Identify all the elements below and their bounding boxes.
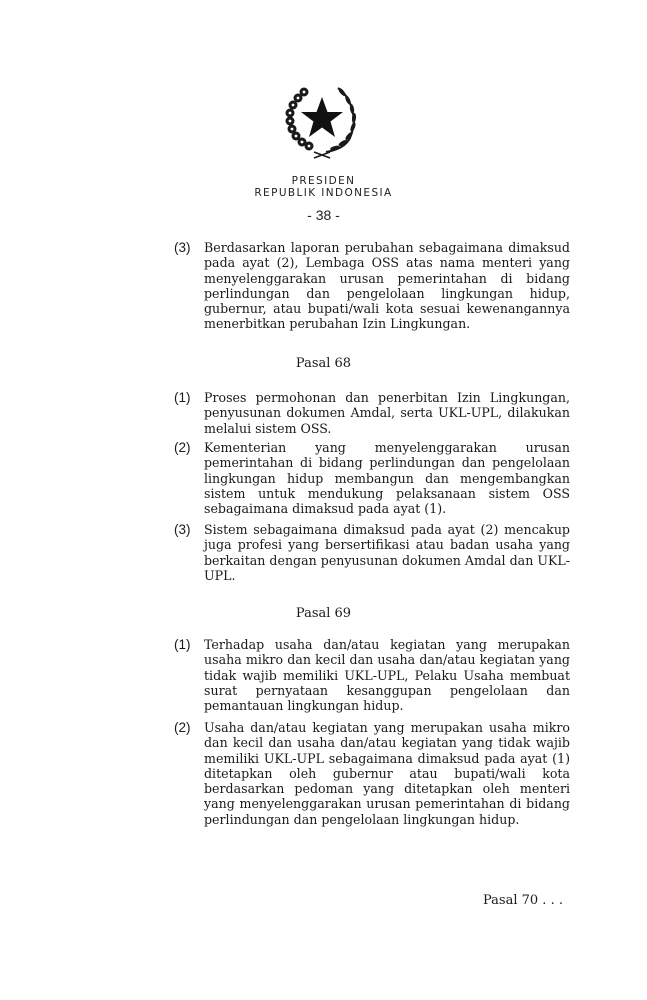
ayat-item: (2) Usaha dan/atau kegiatan yang merupak… (174, 720, 570, 827)
continuation-note: Pasal 70 . . . (483, 893, 563, 908)
ayat-text: Kementerian yang menyelenggarakan urusan… (204, 440, 570, 516)
ayat-text: Proses permohonan dan penerbitan Izin Li… (204, 390, 570, 436)
page-number: - 38 - (0, 207, 647, 223)
ayat-item: (1) Proses permohonan dan penerbitan Izi… (174, 390, 570, 436)
ayat-number: (1) (174, 637, 202, 652)
presidential-star-emblem-icon (280, 80, 364, 160)
ayat-number: (2) (174, 440, 202, 455)
ayat-item: (2) Kementerian yang menyelenggarakan ur… (174, 440, 570, 516)
ayat-text: Usaha dan/atau kegiatan yang merupakan u… (204, 720, 570, 827)
ayat-number: (2) (174, 720, 202, 735)
ayat-number: (3) (174, 240, 202, 255)
pasal-69-title: Pasal 69 (0, 606, 647, 621)
ayat-number: (3) (174, 522, 202, 537)
pasal-68-title: Pasal 68 (0, 356, 647, 371)
ayat-text: Sistem sebagaimana dimaksud pada ayat (2… (204, 522, 570, 583)
header-republik-indonesia: REPUBLIK INDONESIA (0, 187, 647, 199)
ayat-text: Terhadap usaha dan/atau kegiatan yang me… (204, 637, 570, 713)
ayat-text: Berdasarkan laporan perubahan sebagaiman… (204, 240, 570, 332)
ayat-item: (3) Berdasarkan laporan perubahan sebaga… (174, 240, 570, 332)
ayat-item: (1) Terhadap usaha dan/atau kegiatan yan… (174, 637, 570, 713)
document-page: PRESIDEN REPUBLIK INDONESIA - 38 - (3) B… (0, 0, 647, 1000)
ayat-number: (1) (174, 390, 202, 405)
header-presiden: PRESIDEN (0, 175, 647, 187)
ayat-item: (3) Sistem sebagaimana dimaksud pada aya… (174, 522, 570, 583)
